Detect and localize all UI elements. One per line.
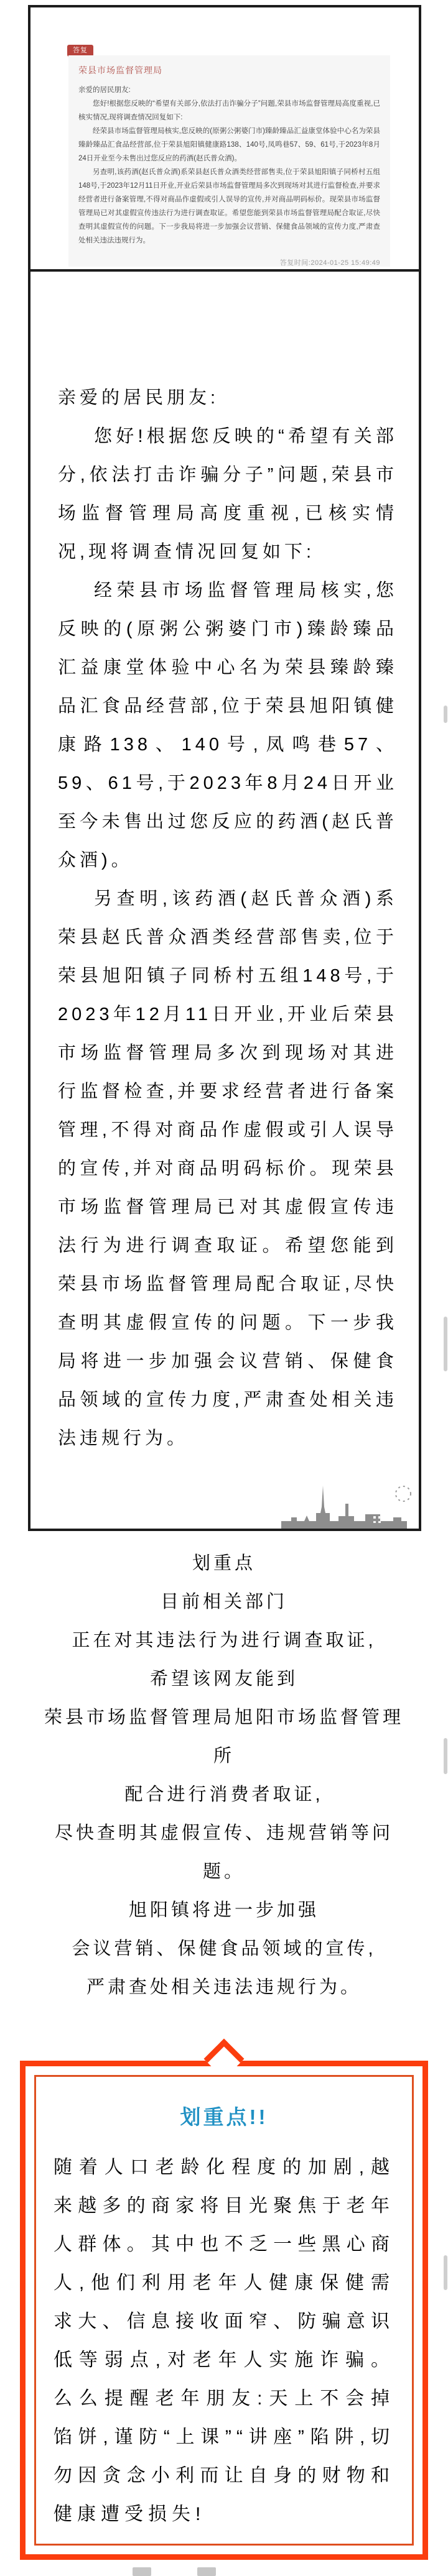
summary-line: 题。 [0,1852,448,1891]
summary-line: 希望该网友能到 [0,1660,448,1698]
reply-card-paragraph: 另查明,该药酒(赵氏普众酒)系荣县赵氏普众酒类经营部售卖,位于荣县旭阳镇子同桥村… [78,165,380,247]
highlight-box-title: 划重点!! [26,2102,422,2132]
scrollbar-fragment [444,706,447,723]
callout-pointer-icon [203,2038,244,2079]
enlarged-salutation: 亲爱的居民朋友: [58,379,398,417]
city-skyline-icon [281,1484,417,1529]
summary-line: 旭阳镇将进一步加强 [0,1891,448,1930]
scrollbar-fragment [444,2255,447,2290]
clipped-content-smudge [133,2567,151,2576]
summary-line: 会议营销、保健食品领域的宣传, [0,1930,448,1968]
highlight-warning-box: 划重点!! 随着人口老龄化程度的加剧,越来越多的商家将目光聚焦于老年人群体。其中… [20,2061,428,2560]
reply-card-title: 荣县市场监督管理局 [78,65,380,76]
summary-line: 严肃查处相关违法违规行为。 [0,1968,448,2007]
key-points-summary: 划重点 目前相关部门 正在对其违法行为进行调查取证, 希望该网友能到 荣县市场监… [0,1544,448,2007]
clipped-content-smudge [197,2567,216,2576]
reply-card-salutation: 亲爱的居民朋友: [78,83,380,97]
reply-screenshot-card: 荣县市场监督管理局 亲爱的居民朋友: 您好!根据您反映的“希望有关部分,依法打击… [68,55,390,267]
frame-divider [30,269,419,272]
summary-line: 目前相关部门 [0,1583,448,1621]
summary-line: 荣县市场监督管理局旭阳市场监督管理 [0,1698,448,1737]
summary-line: 配合进行消费者取证, [0,1775,448,1814]
reply-timestamp: 答复时间:2024-01-25 15:49:49 [78,257,380,267]
enlarged-paragraph: 另查明,该药酒(赵氏普众酒)系荣县赵氏普众酒类经营部售卖,位于荣县旭阳镇子同桥村… [58,880,398,1458]
summary-line: 所 [0,1737,448,1775]
highlight-box-body: 随着人口老龄化程度的加剧,越来越多的商家将目光聚焦于老年人群体。其中也不乏一些黑… [54,2148,394,2534]
scrollbar-fragment [444,1317,447,1371]
enlarged-paragraph: 经荣县市场监督管理局核实,您反映的(原粥公粥婆门市)臻龄臻品汇益康堂体验中心名为… [58,571,398,880]
reply-card-text: 亲爱的居民朋友: 您好!根据您反映的“希望有关部分,依法打击诈骗分子”问题,荣县… [78,83,380,247]
enlarged-paragraph: 您好!根据您反映的“希望有关部分,依法打击诈骗分子”问题,荣县市场监督管理局高度… [58,417,398,571]
reply-card-paragraph: 您好!根据您反映的“希望有关部分,依法打击诈骗分子”问题,荣县市场监督管理局高度… [78,97,380,124]
enlarged-reply-text: 亲爱的居民朋友: 您好!根据您反映的“希望有关部分,依法打击诈骗分子”问题,荣县… [58,379,398,1458]
summary-line: 尽快查明其虚假宣传、违规营销等问 [0,1814,448,1852]
scrollbar-fragment [444,1738,447,1774]
reply-card-paragraph: 经荣县市场监督管理局核实,您反映的(原粥公粥婆门市)臻龄臻品汇益康堂体验中心名为… [78,124,380,165]
summary-line: 划重点 [0,1544,448,1583]
article-page: { "reply_card": { "badge": "答复", "title"… [0,0,448,2576]
summary-line: 正在对其违法行为进行调查取证, [0,1621,448,1660]
official-reply-frame: 答复 荣县市场监督管理局 亲爱的居民朋友: 您好!根据您反映的“希望有关部分,依… [28,5,421,1531]
